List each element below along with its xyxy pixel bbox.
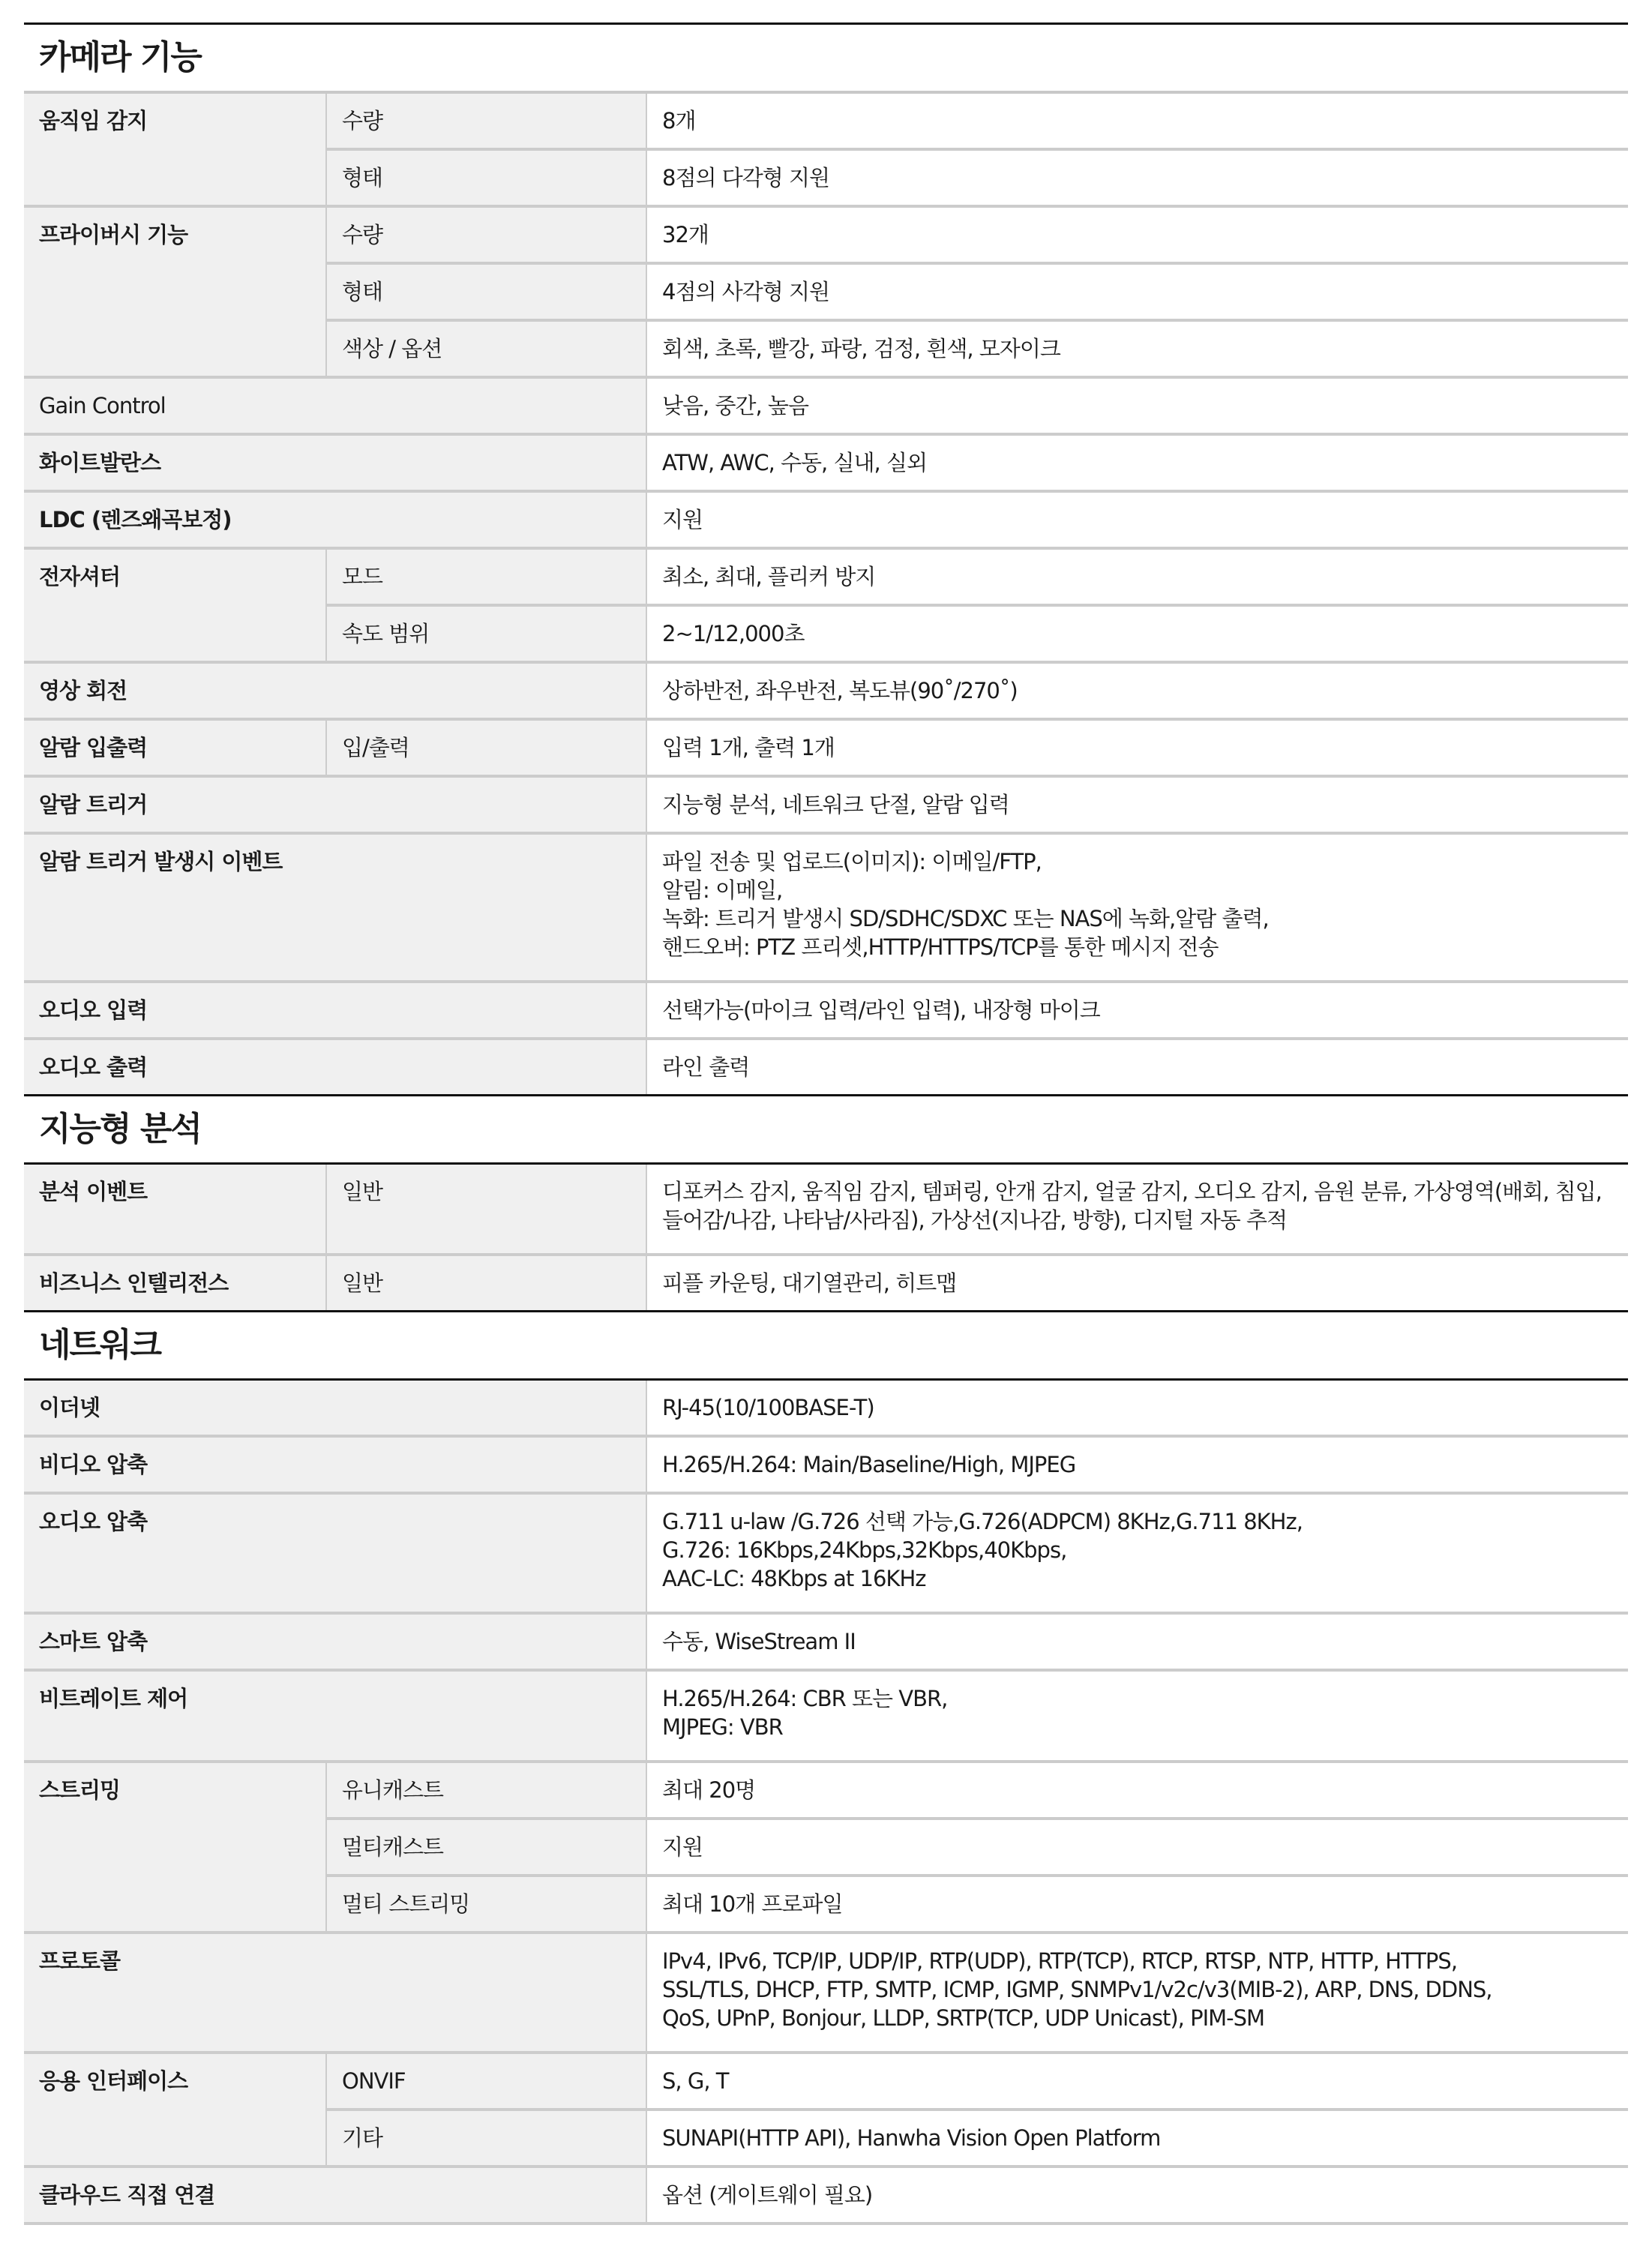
row-label: 분석 이벤트: [24, 1164, 326, 1255]
section-title-camera-features: 카메라 기능: [24, 22, 1628, 91]
row-sublabel: 형태: [326, 263, 646, 320]
row-label: 알람 입출력: [24, 719, 326, 776]
row-sublabel: 유니캐스트: [326, 1762, 646, 1819]
spec-table-network: 이더넷 RJ-45(10/100BASE-T) 비디오 압축 H.265/H.2…: [24, 1378, 1628, 2225]
row-value: 상하반전, 좌우반전, 복도뷰(90˚/270˚): [646, 662, 1628, 719]
spec-sheet: 카메라 기능 움직임 감지 수량 8개 형태 8점의 다각형 지원 프라이버시 …: [0, 0, 1652, 2255]
table-row: 분석 이벤트 일반 디포커스 감지, 움직임 감지, 템퍼링, 안개 감지, 얼…: [24, 1164, 1628, 1255]
row-value: 8개: [646, 92, 1628, 149]
row-value: ATW, AWC, 수동, 실내, 실외: [646, 434, 1628, 491]
row-label: 오디오 입력: [24, 982, 646, 1039]
row-value: H.265/H.264: Main/Baseline/High, MJPEG: [646, 1436, 1628, 1493]
row-value: IPv4, IPv6, TCP/IP, UDP/IP, RTP(UDP), RT…: [646, 1933, 1628, 2053]
row-label: 오디오 출력: [24, 1039, 646, 1096]
table-row: 비즈니스 인텔리전스 일반 피플 카운팅, 대기열관리, 히트맵: [24, 1255, 1628, 1312]
row-value: RJ-45(10/100BASE-T): [646, 1380, 1628, 1437]
table-row: 비트레이트 제어 H.265/H.264: CBR 또는 VBR, MJPEG:…: [24, 1670, 1628, 1762]
table-row: 알람 트리거 지능형 분석, 네트워크 단절, 알람 입력: [24, 776, 1628, 833]
row-sublabel: 일반: [326, 1255, 646, 1312]
table-row: 비디오 압축 H.265/H.264: Main/Baseline/High, …: [24, 1436, 1628, 1493]
table-row: 클라우드 직접 연결 옵션 (게이트웨이 필요): [24, 2167, 1628, 2224]
row-value: SUNAPI(HTTP API), Hanwha Vision Open Pla…: [646, 2110, 1628, 2167]
table-row: 영상 회전 상하반전, 좌우반전, 복도뷰(90˚/270˚): [24, 662, 1628, 719]
table-row: 오디오 압축 G.711 u-law /G.726 선택 가능,G.726(AD…: [24, 1493, 1628, 1613]
row-value: 8점의 다각형 지원: [646, 149, 1628, 206]
row-value: 4점의 사각형 지원: [646, 263, 1628, 320]
spec-table-camera-features: 움직임 감지 수량 8개 형태 8점의 다각형 지원 프라이버시 기능 수량 3…: [24, 91, 1628, 1096]
row-value: 지원: [646, 491, 1628, 548]
row-label: 스트리밍: [24, 1762, 326, 1933]
row-label: 영상 회전: [24, 662, 646, 719]
table-row: LDC (렌즈왜곡보정) 지원: [24, 491, 1628, 548]
row-label: 전자셔터: [24, 548, 326, 662]
table-row: 프로토콜 IPv4, IPv6, TCP/IP, UDP/IP, RTP(UDP…: [24, 1933, 1628, 2053]
table-row: 알람 입출력 입/출력 입력 1개, 출력 1개: [24, 719, 1628, 776]
row-label: 클라우드 직접 연결: [24, 2167, 646, 2224]
table-row: 오디오 입력 선택가능(마이크 입력/라인 입력), 내장형 마이크: [24, 982, 1628, 1039]
row-value: 옵션 (게이트웨이 필요): [646, 2167, 1628, 2224]
row-sublabel: 수량: [326, 92, 646, 149]
row-label: 비즈니스 인텔리전스: [24, 1255, 326, 1312]
row-sublabel: 수량: [326, 206, 646, 263]
row-value: H.265/H.264: CBR 또는 VBR, MJPEG: VBR: [646, 1670, 1628, 1762]
row-label: 스마트 압축: [24, 1613, 646, 1670]
table-row: 오디오 출력 라인 출력: [24, 1039, 1628, 1096]
table-row: 움직임 감지 수량 8개: [24, 92, 1628, 149]
row-sublabel: 입/출력: [326, 719, 646, 776]
row-value: 2~1/12,000초: [646, 605, 1628, 662]
section-title-intelligent-analytics: 지능형 분석: [24, 1096, 1628, 1162]
table-row: Gain Control 낮음, 중간, 높음: [24, 377, 1628, 434]
row-sublabel: 색상 / 옵션: [326, 320, 646, 377]
row-sublabel: 멀티 스트리밍: [326, 1876, 646, 1933]
row-sublabel: 모드: [326, 548, 646, 605]
table-row: 스마트 압축 수동, WiseStream II: [24, 1613, 1628, 1670]
row-value: 지원: [646, 1819, 1628, 1876]
row-label: 알람 트리거: [24, 776, 646, 833]
row-value: 파일 전송 및 업로드(이미지): 이메일/FTP, 알림: 이메일, 녹화: …: [646, 833, 1628, 982]
row-value: G.711 u-law /G.726 선택 가능,G.726(ADPCM) 8K…: [646, 1493, 1628, 1613]
row-value: 32개: [646, 206, 1628, 263]
row-value: 입력 1개, 출력 1개: [646, 719, 1628, 776]
row-label: 비디오 압축: [24, 1436, 646, 1493]
row-label: 알람 트리거 발생시 이벤트: [24, 833, 646, 982]
row-label: 응용 인터페이스: [24, 2053, 326, 2167]
row-label: Gain Control: [24, 377, 646, 434]
row-value: 회색, 초록, 빨강, 파랑, 검정, 흰색, 모자이크: [646, 320, 1628, 377]
row-value: 디포커스 감지, 움직임 감지, 템퍼링, 안개 감지, 얼굴 감지, 오디오 …: [646, 1164, 1628, 1255]
table-row: 화이트발란스 ATW, AWC, 수동, 실내, 실외: [24, 434, 1628, 491]
table-row: 전자셔터 모드 최소, 최대, 플리커 방지: [24, 548, 1628, 605]
row-label: 프라이버시 기능: [24, 206, 326, 377]
row-label: 움직임 감지: [24, 92, 326, 206]
row-value: 낮음, 중간, 높음: [646, 377, 1628, 434]
table-row: 알람 트리거 발생시 이벤트 파일 전송 및 업로드(이미지): 이메일/FTP…: [24, 833, 1628, 982]
table-row: 응용 인터페이스 ONVIF S, G, T: [24, 2053, 1628, 2110]
table-row: 프라이버시 기능 수량 32개: [24, 206, 1628, 263]
row-label: 이더넷: [24, 1380, 646, 1437]
row-label: LDC (렌즈왜곡보정): [24, 491, 646, 548]
row-value: 피플 카운팅, 대기열관리, 히트맵: [646, 1255, 1628, 1312]
row-value: 최소, 최대, 플리커 방지: [646, 548, 1628, 605]
row-label: 비트레이트 제어: [24, 1670, 646, 1762]
row-value: 선택가능(마이크 입력/라인 입력), 내장형 마이크: [646, 982, 1628, 1039]
row-value: 라인 출력: [646, 1039, 1628, 1096]
row-sublabel: 속도 범위: [326, 605, 646, 662]
row-value: S, G, T: [646, 2053, 1628, 2110]
row-sublabel: ONVIF: [326, 2053, 646, 2110]
row-sublabel: 기타: [326, 2110, 646, 2167]
spec-table-intelligent-analytics: 분석 이벤트 일반 디포커스 감지, 움직임 감지, 템퍼링, 안개 감지, 얼…: [24, 1162, 1628, 1312]
row-sublabel: 형태: [326, 149, 646, 206]
table-row: 스트리밍 유니캐스트 최대 20명: [24, 1762, 1628, 1819]
row-sublabel: 일반: [326, 1164, 646, 1255]
row-sublabel: 멀티캐스트: [326, 1819, 646, 1876]
row-value: 수동, WiseStream II: [646, 1613, 1628, 1670]
row-value: 최대 20명: [646, 1762, 1628, 1819]
section-title-network: 네트워크: [24, 1312, 1628, 1378]
row-label: 프로토콜: [24, 1933, 646, 2053]
row-label: 화이트발란스: [24, 434, 646, 491]
row-label: 오디오 압축: [24, 1493, 646, 1613]
row-value: 최대 10개 프로파일: [646, 1876, 1628, 1933]
table-row: 이더넷 RJ-45(10/100BASE-T): [24, 1380, 1628, 1437]
row-value: 지능형 분석, 네트워크 단절, 알람 입력: [646, 776, 1628, 833]
